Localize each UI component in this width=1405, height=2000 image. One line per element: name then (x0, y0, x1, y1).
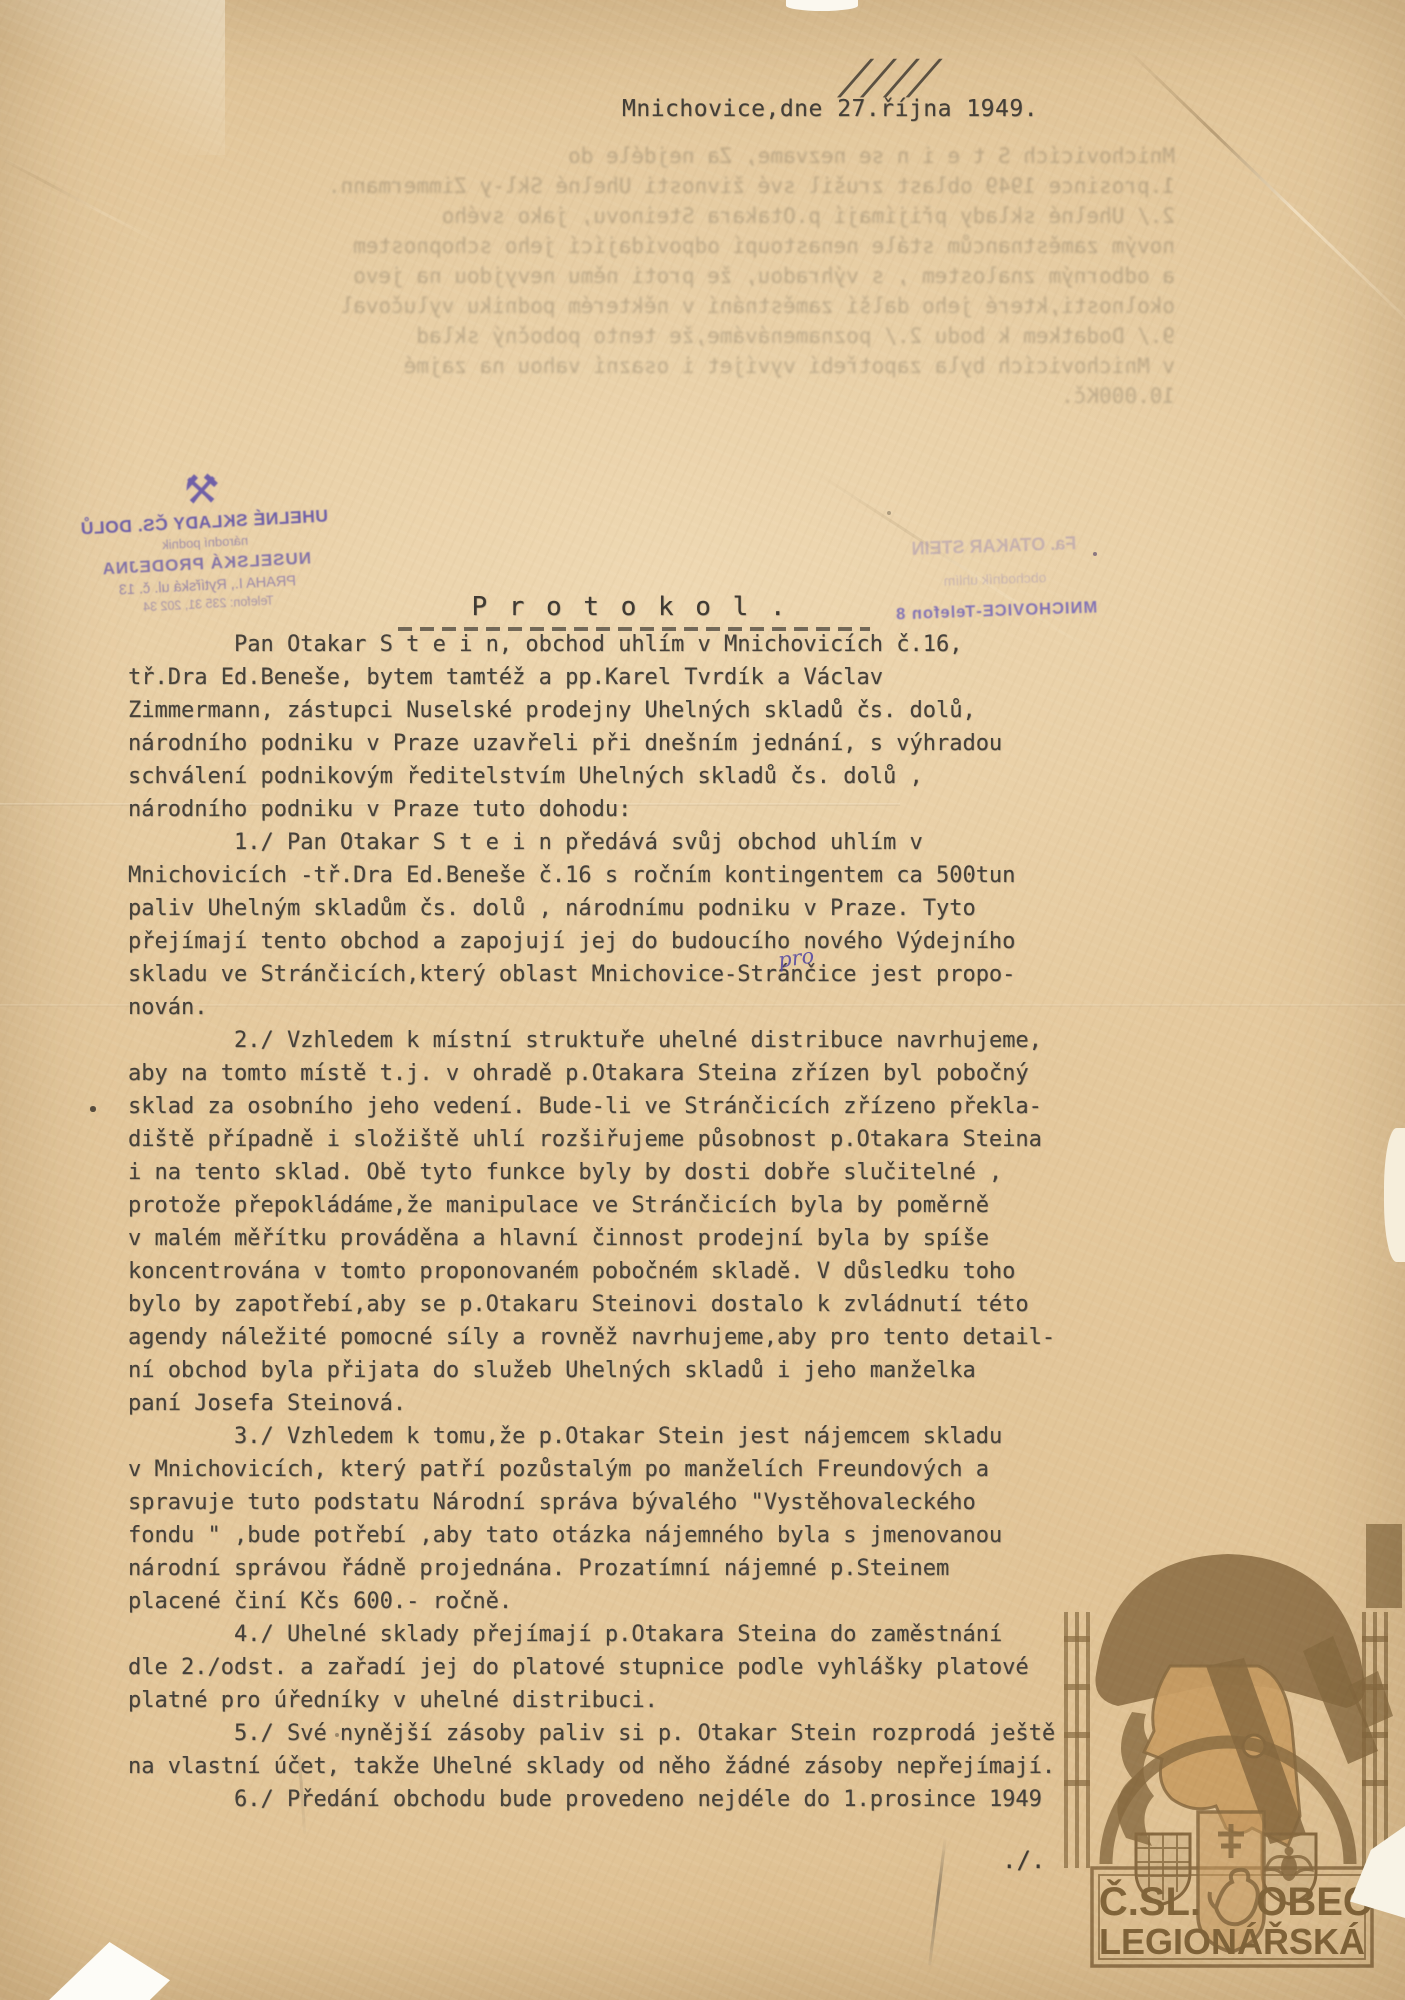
bleedthrough-line: 10.000Kč. (55, 381, 1175, 411)
ink-specks (0, 0, 2, 2)
handwritten-insertion: pro (777, 944, 816, 973)
bleedthrough-line: v Mnichovicích byla zapotřebí vyvíjet i … (55, 351, 1175, 381)
paragraph-1: 1./ Pan Otakar S t e i n předává svůj ob… (128, 826, 1108, 1024)
torn-edge-top (786, 0, 858, 11)
bleedthrough-line: a odborným znalostem , s výhradou, že pr… (55, 261, 1175, 291)
title-dashed-underline (398, 627, 870, 631)
torn-edge-right (1384, 1128, 1405, 1262)
document-body: Pan Otakar S t e i n, obchod uhlím v Mni… (128, 628, 1108, 1816)
torn-edge-bottom-left (44, 1942, 170, 2000)
bleedthrough-line: okolnosti,které jeho další zaměstnání v … (55, 291, 1175, 321)
paragraph-intro: Pan Otakar S t e i n, obchod uhlím v Mni… (128, 628, 1108, 826)
stamp-coal-warehouse: ⚒ UHELNÉ SKLADY ČS. DOLŮ národní podnik … (48, 460, 361, 619)
pencil-squiggle (928, 1836, 947, 1965)
paragraph-4: 4./ Uhelné sklady přejímají p.Otakara St… (128, 1618, 1108, 1717)
legionnaire-watermark-emblem: Č.SL. OBEC LEGIONÁŘSKÁ (1048, 1516, 1404, 2000)
bleedthrough-line: 2./ Uhelné sklady přijímají p.Otakara St… (55, 201, 1175, 231)
closing-mark: ./. (1002, 1846, 1045, 1874)
paragraph-2: 2./ Vzhledem k místní struktuře uhelné d… (128, 1024, 1108, 1420)
watermark-text-legionarska: LEGIONÁŘSKÁ (1099, 1920, 1365, 1962)
emblem-flag-block (1366, 1524, 1402, 1608)
watermark-text-csl: Č.SL. (1099, 1878, 1201, 1924)
document-page: //// Mnichovice,dne 27.října 1949. Mnich… (0, 0, 1405, 2000)
paper-corner-light (0, 0, 225, 155)
paragraph-6: 6./ Předání obchodu bude provedeno nejdé… (128, 1783, 1108, 1816)
emblem-left-pillar (1064, 1612, 1090, 1868)
dateline: Mnichovice,dne 27.října 1949. (622, 96, 1038, 122)
paragraph-5: 5./ Své nynější zásoby paliv si p. Otaka… (128, 1717, 1108, 1783)
bleedthrough-text: Mnichovicích S t e i n se nezvame, Za ne… (55, 141, 1175, 411)
stamp-otakar-stein: Fa. OTAKAR STEIN obchodník uhlím MNICHOV… (843, 523, 1146, 633)
bleedthrough-line: 1.prosince 1949 oblast zrušil své živnos… (55, 171, 1175, 201)
document-title: P r o t o k o l . (390, 592, 870, 622)
paragraph-3: 3./ Vzhledem k tomu,že p.Otakar Stein je… (128, 1420, 1108, 1618)
bleedthrough-line: 9./ Dodatkem k bodu 2./ poznamenáváme,že… (55, 321, 1175, 351)
bleedthrough-line: novým zaměstnancům stále nenastoupí odpo… (55, 231, 1175, 261)
watermark-text-obec: OBEC (1256, 1880, 1372, 1924)
bleedthrough-line: Mnichovicích S t e i n se nezvame, Za ne… (55, 141, 1175, 171)
